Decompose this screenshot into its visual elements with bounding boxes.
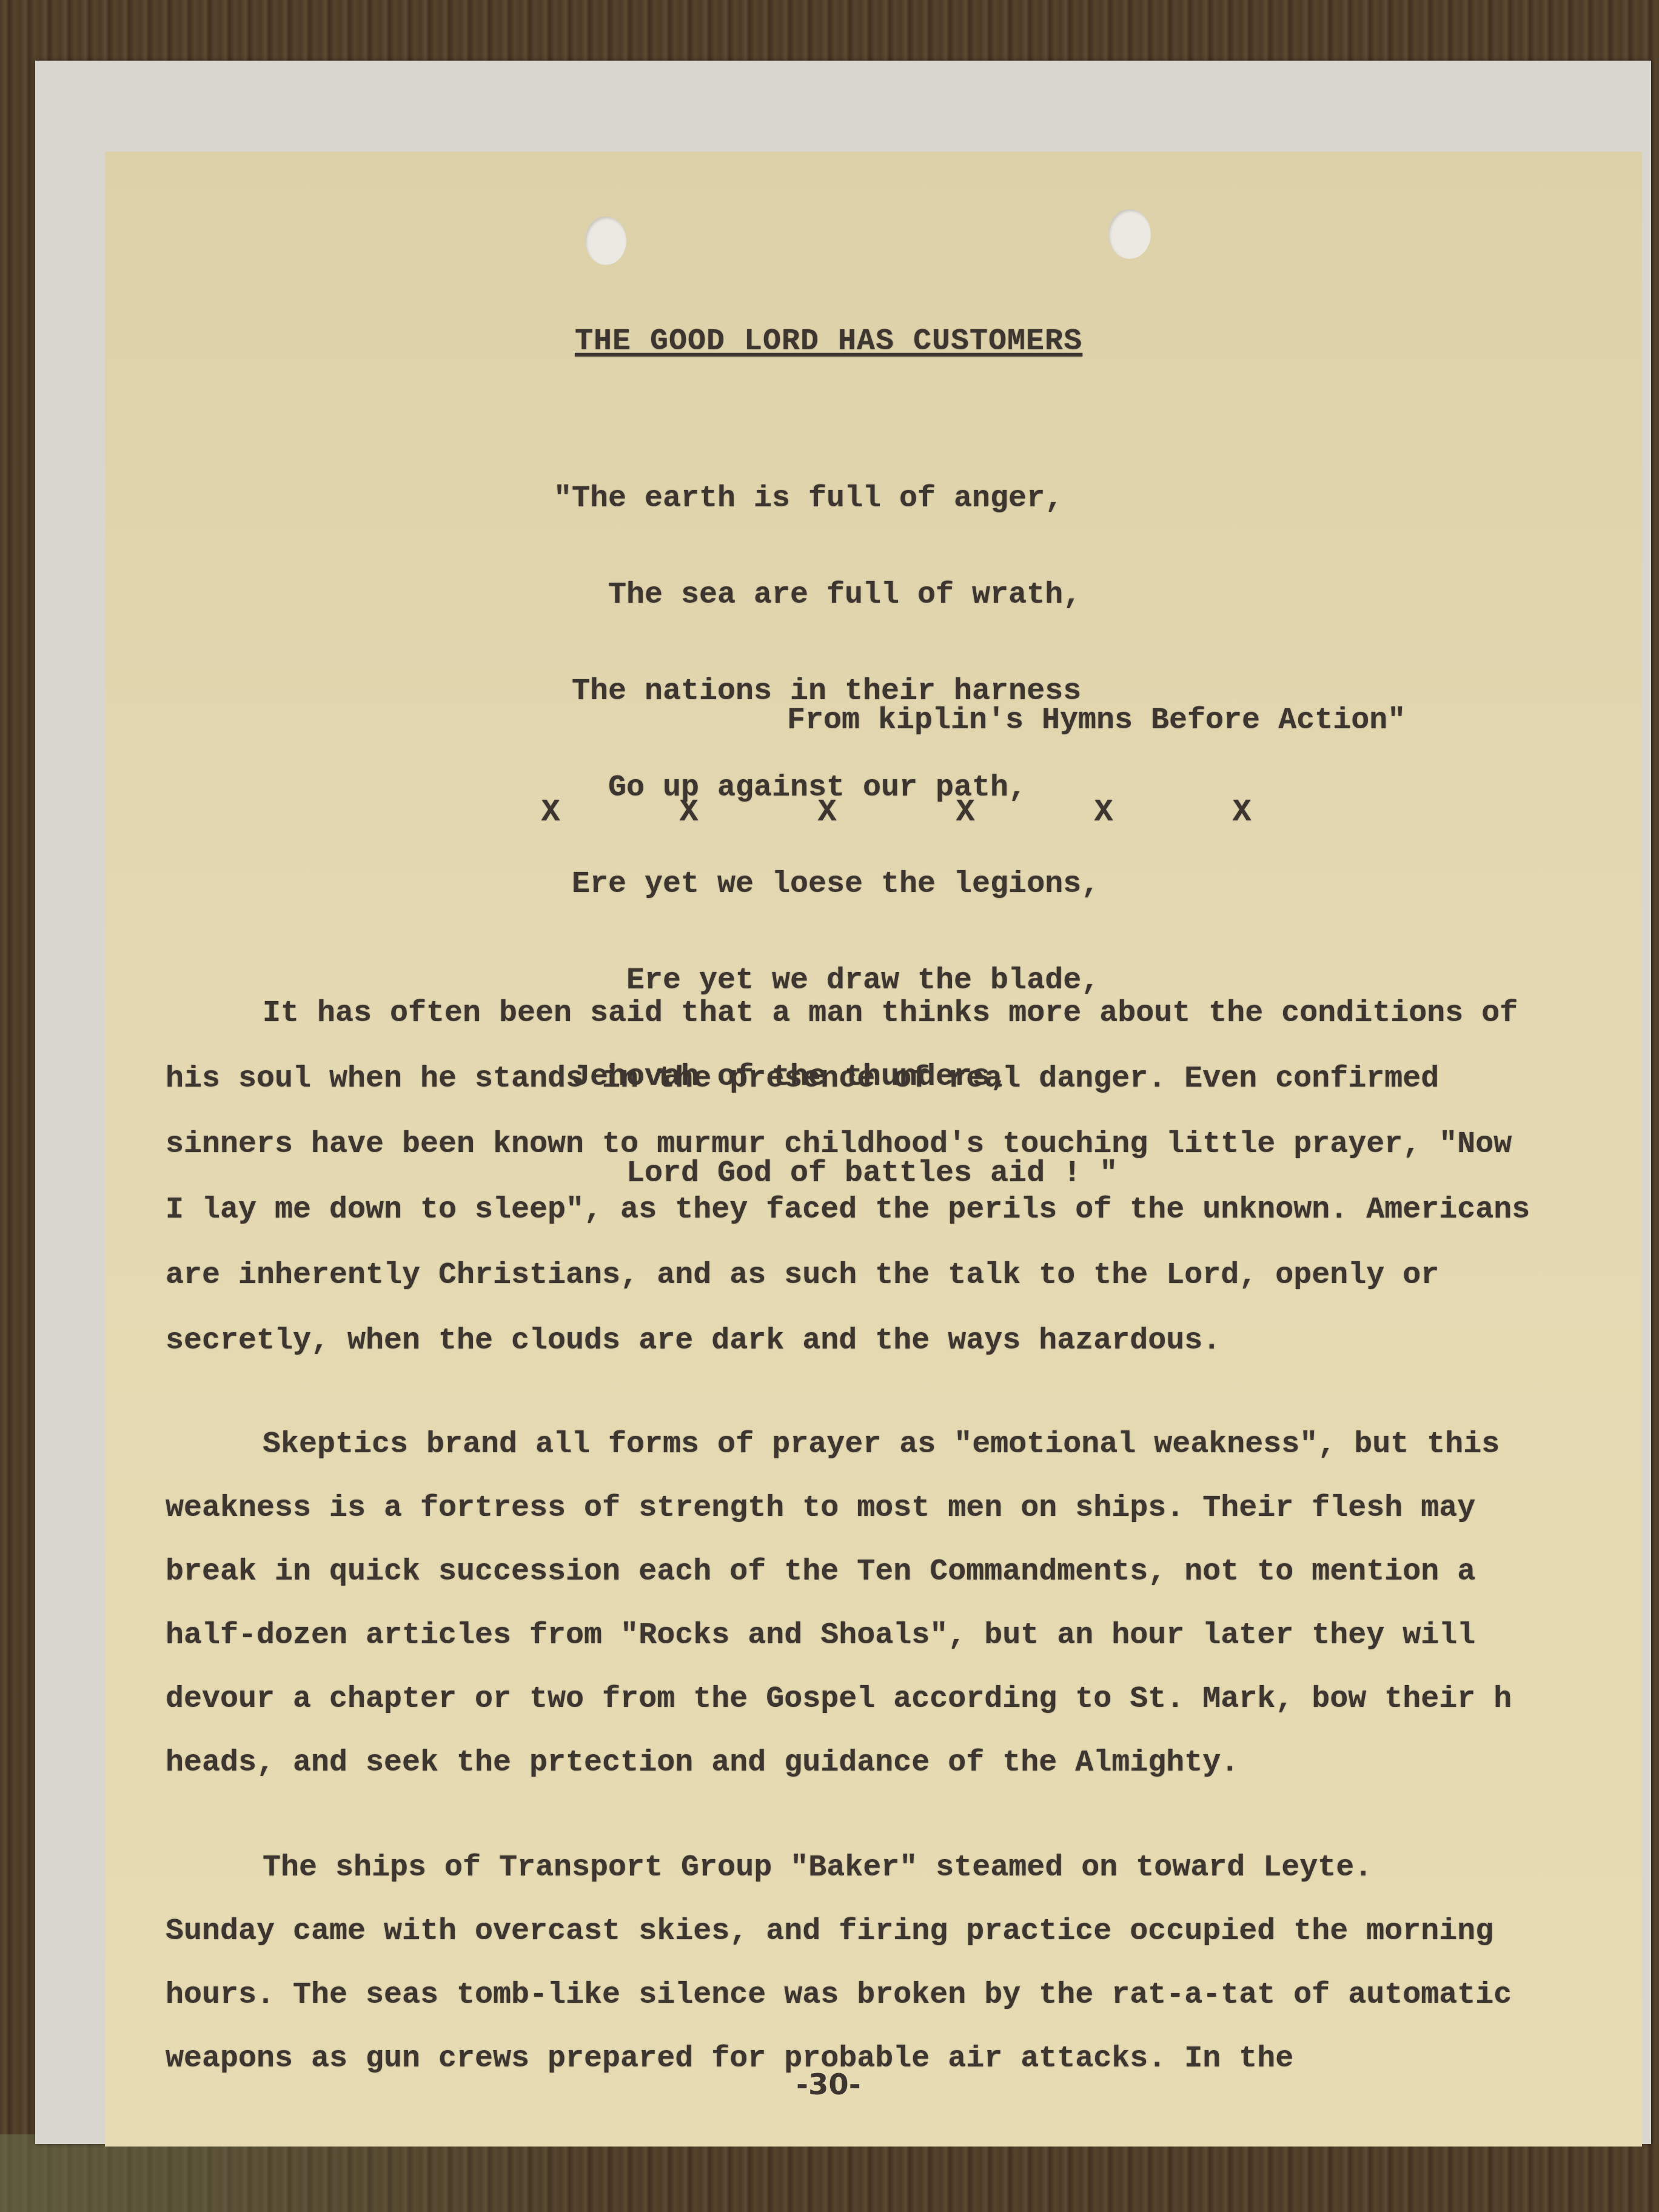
poem-line: "The earth is full of anger,: [554, 483, 1118, 515]
separator-mark: X: [1085, 794, 1122, 830]
text-line: half-dozen articles from "Rocks and Shoa…: [166, 1604, 1645, 1667]
photo-mount-border: THE GOOD LORD HAS CUSTOMERS "The earth i…: [35, 61, 1651, 2144]
text-line: devour a chapter or two from the Gospel …: [166, 1667, 1645, 1731]
epigraph-attribution: From kiplin's Hymns Before Action": [787, 703, 1406, 738]
separator-mark: X: [947, 794, 984, 830]
separator-mark: X: [671, 794, 707, 830]
text-line: The ships of Transport Group "Baker" ste…: [166, 1836, 1645, 1900]
punch-hole-left: [585, 216, 626, 265]
text-line: Skeptics brand all forms of prayer as "e…: [166, 1413, 1645, 1476]
text-line: I lay me down to sleep", as they faced t…: [166, 1178, 1645, 1243]
separator-mark: X: [809, 794, 845, 830]
text-line: weakness is a fortress of strength to mo…: [166, 1476, 1645, 1540]
page-title: THE GOOD LORD HAS CUSTOMERS: [575, 324, 1082, 359]
text-line: It has often been said that a man thinks…: [166, 981, 1645, 1047]
typed-page: THE GOOD LORD HAS CUSTOMERS "The earth i…: [105, 152, 1642, 2147]
poem-line: The sea are full of wrath,: [554, 579, 1118, 611]
poem-line: Ere yet we loese the legions,: [554, 868, 1118, 900]
punch-hole-right: [1108, 209, 1151, 259]
section-separator: X X X X X X: [532, 794, 1260, 830]
text-line: Sunday came with overcast skies, and fir…: [166, 1900, 1645, 1963]
paragraph-3: The ships of Transport Group "Baker" ste…: [166, 1836, 1645, 2091]
text-line: break in quick succession each of the Te…: [166, 1540, 1645, 1604]
paragraph-1: It has often been said that a man thinks…: [166, 981, 1645, 1374]
separator-mark: X: [532, 794, 569, 830]
text-line: hours. The seas tomb-like silence was br…: [166, 1963, 1645, 2027]
page-number: -30-: [796, 2068, 861, 2102]
text-line: his soul when he stands in the presence …: [166, 1047, 1645, 1112]
text-line: weapons as gun crews prepared for probab…: [166, 2027, 1645, 2091]
text-line: sinners have been known to murmur childh…: [166, 1112, 1645, 1178]
paragraph-2: Skeptics brand all forms of prayer as "e…: [166, 1413, 1645, 1795]
text-line: are inherently Christians, and as such t…: [166, 1243, 1645, 1309]
text-line: secretly, when the clouds are dark and t…: [166, 1309, 1645, 1374]
separator-mark: X: [1224, 794, 1260, 830]
text-line: heads, and seek the prtection and guidan…: [166, 1731, 1645, 1795]
